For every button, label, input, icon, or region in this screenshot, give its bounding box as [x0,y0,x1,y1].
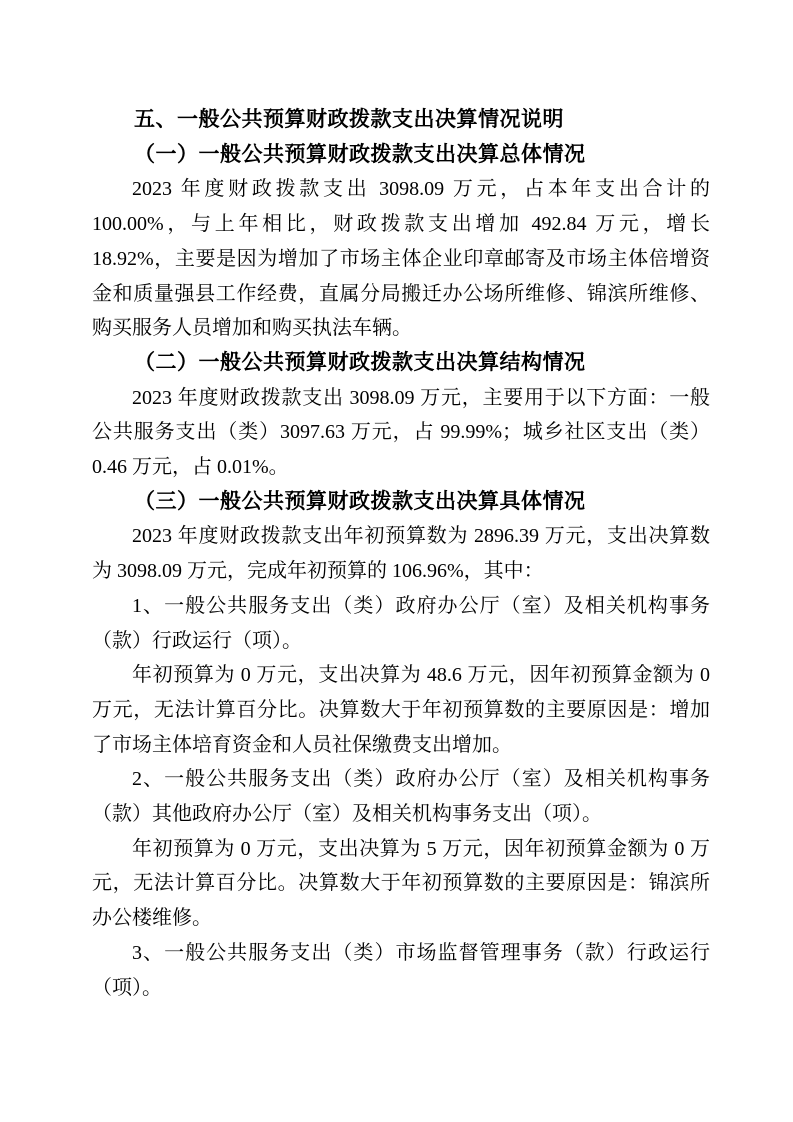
paragraph-item-2-title: 2、一般公共服务支出（类）政府办公厅（室）及相关机构事务（款）其他政府办公厅（室… [92,762,710,831]
paragraph-item-3-title: 3、一般公共服务支出（类）市场监督管理事务（款）行政运行（项）。 [92,936,710,1005]
paragraph-item-1-title: 1、一般公共服务支出（类）政府办公厅（室）及相关机构事务（款）行政运行（项）。 [92,589,710,658]
paragraph-item-2-detail: 年初预算为 0 万元，支出决算为 5 万元，因年初预算金额为 0 万元，无法计算… [92,832,710,936]
document-page: 五、一般公共预算财政拨款支出决算情况说明 （一）一般公共预算财政拨款支出决算总体… [0,0,793,1122]
subsection-heading-detail: （三）一般公共预算财政拨款支出决算具体情况 [92,485,710,520]
document-content: 五、一般公共预算财政拨款支出决算情况说明 （一）一般公共预算财政拨款支出决算总体… [92,103,710,1005]
paragraph-overall-situation: 2023 年度财政拨款支出 3098.09 万元，占本年支出合计的 100.00… [92,172,710,346]
paragraph-detail-intro: 2023 年度财政拨款支出年初预算数为 2896.39 万元，支出决算数为 30… [92,519,710,588]
main-section-heading: 五、一般公共预算财政拨款支出决算情况说明 [92,103,710,138]
subsection-heading-overall: （一）一般公共预算财政拨款支出决算总体情况 [92,138,710,173]
paragraph-structure-situation: 2023 年度财政拨款支出 3098.09 万元，主要用于以下方面：一般公共服务… [92,381,710,485]
subsection-heading-structure: （二）一般公共预算财政拨款支出决算结构情况 [92,346,710,381]
paragraph-item-1-detail: 年初预算为 0 万元，支出决算为 48.6 万元，因年初预算金额为 0 万元，无… [92,658,710,762]
